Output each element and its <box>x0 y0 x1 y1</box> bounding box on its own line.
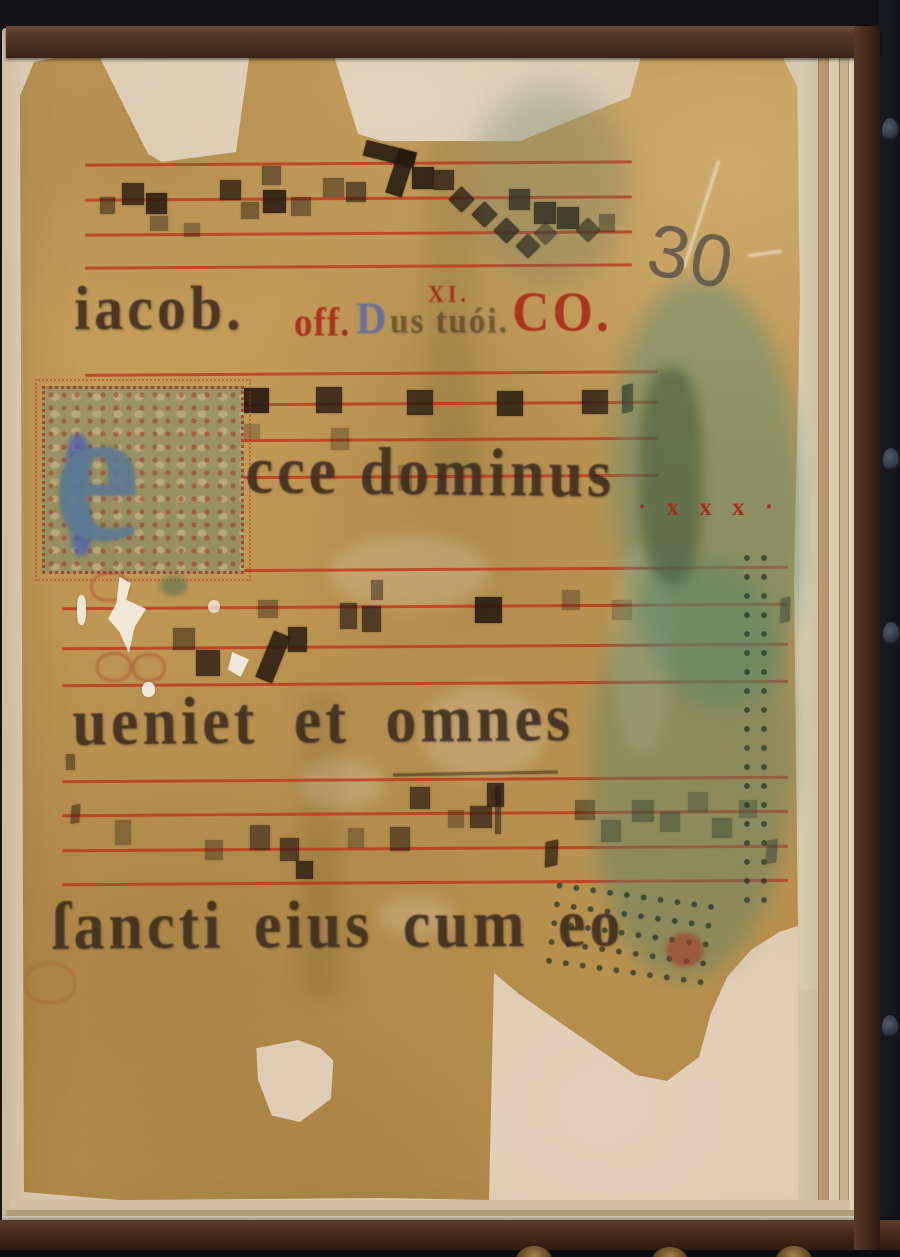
staff-line <box>85 370 658 377</box>
square-neume <box>393 771 558 777</box>
illuminated-initial-box: e <box>42 386 244 574</box>
office-label: off. <box>294 300 350 346</box>
square-neume <box>100 197 115 214</box>
photograph-antiphonal-manuscript-page: e iacob. off. D us tuói. XI. CO. cce dom… <box>0 0 900 1257</box>
square-neume <box>205 840 223 860</box>
communio-label: CO. <box>512 281 612 345</box>
square-neume <box>184 223 200 237</box>
square-neume <box>196 650 220 676</box>
initial-letter-E: e <box>53 361 140 586</box>
chant-text-line-3: ſancti eius cum eo <box>52 885 625 966</box>
faded-smudge <box>24 962 76 1004</box>
square-neume <box>348 828 364 848</box>
square-neume <box>434 170 454 190</box>
square-neume <box>173 628 195 650</box>
square-neume <box>288 627 307 652</box>
speckle-column <box>742 552 774 904</box>
pencil-folio-number: 30 <box>641 207 742 307</box>
square-neume <box>340 603 357 629</box>
square-neume <box>410 787 430 809</box>
square-neume <box>346 182 366 202</box>
previous-chant-end-text: iacob. <box>74 273 245 343</box>
dark-stain-band <box>640 368 702 583</box>
square-neume <box>470 806 492 828</box>
incipit-blue-initial: D <box>356 294 390 346</box>
square-neume <box>475 597 502 623</box>
square-neume <box>280 838 299 861</box>
square-neume <box>316 387 342 413</box>
binding-frame-top <box>6 26 880 58</box>
square-neume <box>263 190 286 213</box>
square-neume <box>220 180 241 200</box>
square-neume <box>362 606 381 632</box>
square-neume <box>146 193 167 214</box>
square-neume <box>150 216 168 231</box>
paint-loss-flake <box>77 595 86 625</box>
square-neume <box>390 827 410 851</box>
square-neume <box>122 183 144 205</box>
paint-loss-flake <box>142 682 155 697</box>
square-neume <box>291 197 311 216</box>
square-neume <box>495 786 501 834</box>
square-neume <box>262 166 281 185</box>
rubric-line: iacob. off. D us tuói. XI. CO. <box>74 272 245 358</box>
red-offset-mark <box>96 652 132 682</box>
binding-stud-icon <box>883 622 899 646</box>
square-neume <box>258 600 278 618</box>
green-smudge-top <box>470 85 630 285</box>
custos-neume <box>70 804 80 824</box>
binding-stud-icon <box>882 1015 898 1039</box>
binding-frame-bottom <box>0 1220 900 1252</box>
photo-background-bottom <box>0 1250 900 1257</box>
red-offset-mark <box>132 653 166 682</box>
square-neume <box>412 167 434 189</box>
square-neume <box>296 861 313 879</box>
chant-text-line-1: cce dominus <box>245 432 615 514</box>
binding-frame-right <box>854 26 880 1252</box>
square-neume <box>582 390 608 414</box>
square-neume <box>250 825 270 850</box>
square-neume <box>562 590 580 610</box>
green-fleck <box>160 576 188 596</box>
roman-numeral: XI. <box>428 281 470 309</box>
page-edge-bottom <box>10 1200 850 1210</box>
marginal-folio-reference: · x x x · <box>638 494 780 522</box>
paint-loss-flake <box>208 600 220 613</box>
square-neume <box>407 390 433 415</box>
square-neume <box>323 178 344 197</box>
square-neume <box>115 820 131 845</box>
square-neume <box>448 810 464 828</box>
binding-stud-icon <box>882 118 898 142</box>
square-neume <box>497 391 523 416</box>
photo-background-top <box>0 0 900 28</box>
red-pigment-blob <box>666 933 704 967</box>
square-neume <box>371 580 383 600</box>
custos-neume <box>545 839 559 867</box>
square-neume <box>241 202 259 219</box>
square-neume <box>255 630 290 683</box>
square-neume <box>243 388 269 413</box>
binding-stud-icon <box>883 448 899 472</box>
